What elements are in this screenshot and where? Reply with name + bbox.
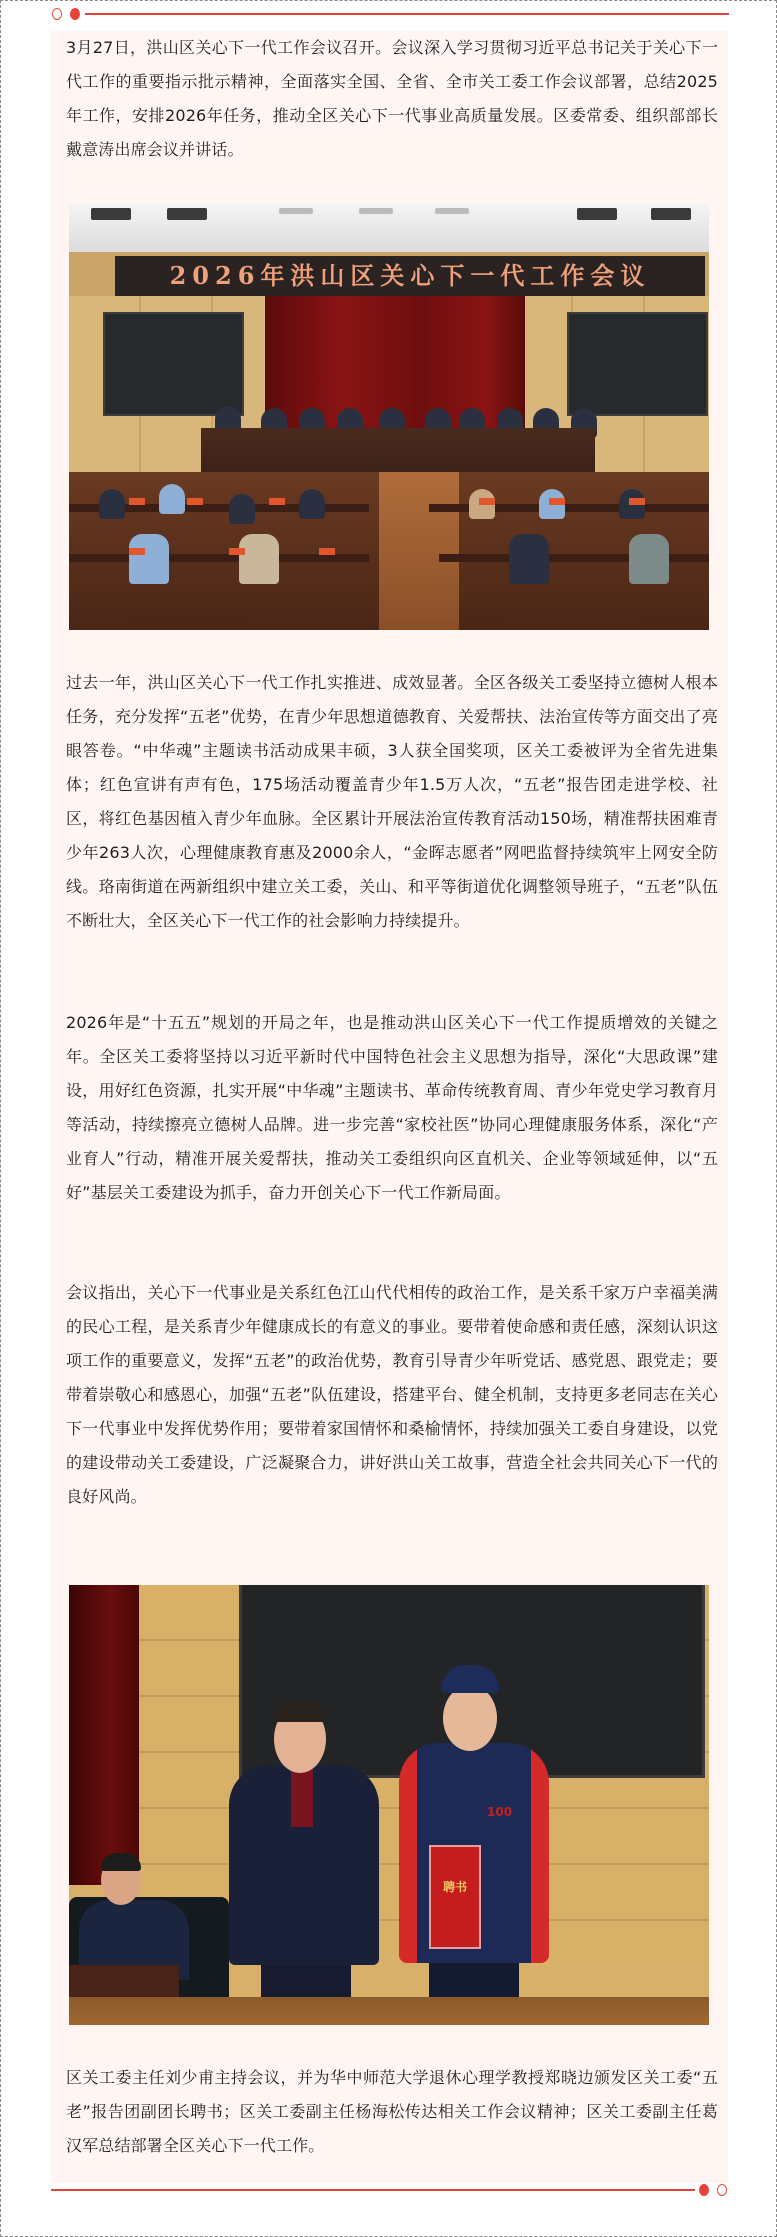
right-screen [567, 312, 708, 416]
ceiling-light-icon [359, 208, 393, 214]
name-plate [129, 498, 145, 505]
person-hair [101, 1853, 141, 1871]
person-icon [99, 489, 125, 519]
paragraph-intro: 3月27日，洪山区关心下一代工作会议召开。会议深入学习贯彻习近平总书记关于关心下… [66, 31, 718, 167]
person-icon [159, 484, 185, 514]
ceiling-light-icon [651, 208, 691, 220]
divider-line [85, 13, 729, 15]
led-banner: 2026年洪山区关心下一代工作会议 [115, 256, 705, 296]
name-plate [269, 498, 285, 505]
red-curtain [69, 1585, 139, 1885]
cap-icon [441, 1665, 499, 1693]
name-plate [319, 548, 335, 555]
jacket-logo: 100 [487, 1805, 512, 1819]
open-circle-icon [717, 2184, 727, 2196]
certificate: 聘书 [429, 1845, 481, 1949]
divider-line [51, 2189, 695, 2191]
meeting-photo: 2026年洪山区关心下一代工作会议 [69, 204, 709, 630]
name-plate [629, 498, 645, 505]
open-circle-icon [52, 8, 62, 20]
ceiling-light-icon [435, 208, 469, 214]
recipient-person: 100 聘书 [399, 1665, 549, 2025]
name-plate [549, 498, 565, 505]
person-icon [239, 534, 279, 584]
name-plate [129, 548, 145, 555]
name-plate [479, 498, 495, 505]
person-head [443, 1685, 497, 1751]
ceiling-light-icon [91, 208, 131, 220]
audience-desk [69, 554, 369, 562]
top-divider [51, 8, 729, 20]
person-icon [229, 494, 255, 524]
ceiling-light-icon [279, 208, 313, 214]
filled-circle-icon [70, 8, 80, 20]
person-hair [274, 1702, 326, 1722]
paragraph-review: 过去一年，洪山区关心下一代工作扎实推进、成效显著。全区各级关工委坚持立德树人根本… [66, 666, 718, 938]
paragraph-requirements: 会议指出，关心下一代事业是关系红色江山代代相传的政治工作，是关系千家万户幸福美满… [66, 1276, 718, 1514]
person-icon [129, 534, 169, 584]
person-icon [629, 534, 669, 584]
certificate-photo: 100 聘书 [69, 1585, 709, 2025]
person-icon [299, 489, 325, 519]
filled-circle-icon [699, 2184, 709, 2196]
paragraph-plan: 2026年是“十五五”规划的开局之年，也是推动洪山区关心下一代工作提质增效的关键… [66, 1006, 718, 1210]
ceiling-light-icon [167, 208, 207, 220]
ceiling-light-icon [577, 208, 617, 220]
presenter-person [229, 1705, 379, 2025]
bottom-divider [51, 2184, 729, 2196]
left-screen [103, 312, 244, 416]
article-panel: 3月27日，洪山区关心下一代工作会议召开。会议深入学习贯彻习近平总书记关于关心下… [51, 31, 728, 2183]
paragraph-closing: 区关工委主任刘少甫主持会议，并为华中师范大学退休心理学教授郑晓边颁发区关工委“五… [66, 2061, 718, 2163]
name-plate [187, 498, 203, 505]
front-table [69, 1997, 709, 2025]
seated-person [79, 1855, 189, 1965]
presidium-table [201, 428, 595, 478]
person-shirt [291, 1767, 313, 1827]
name-plate [229, 548, 245, 555]
aisle [379, 472, 459, 630]
person-icon [509, 534, 549, 584]
